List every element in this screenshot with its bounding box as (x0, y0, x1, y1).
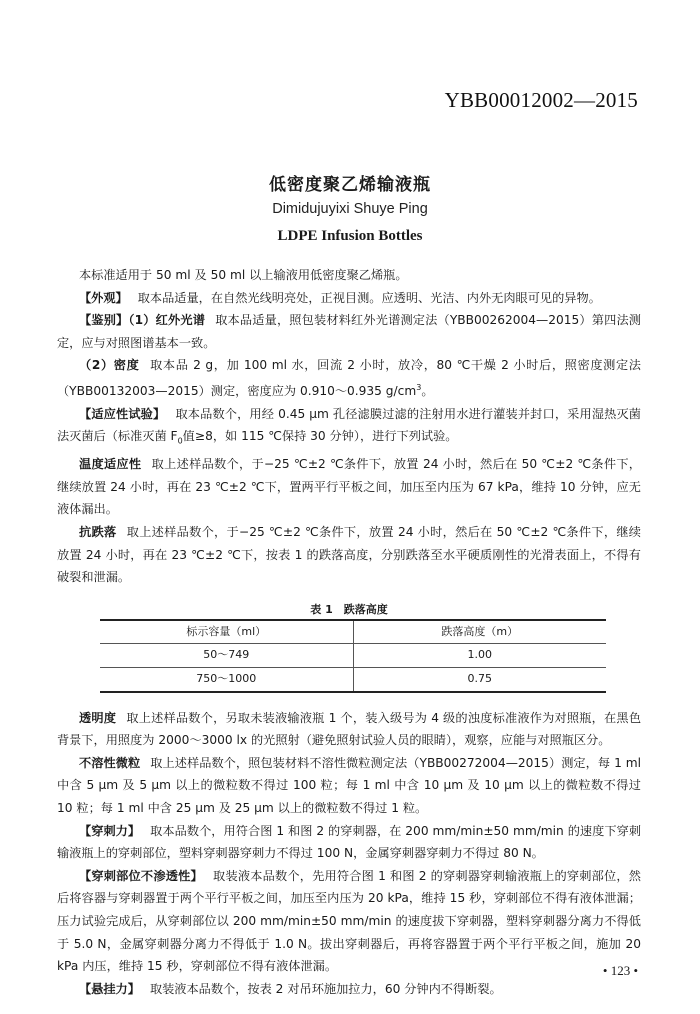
identification-paragraph: 【鉴别】（1）红外光谱取本品适量，照包装材料红外光谱测定法（YBB0026200… (57, 309, 641, 354)
hanging-label: 【悬挂力】 (79, 982, 140, 996)
title-block: 低密度聚乙烯输液瓶 Dimidujuyixi Shuye Ping LDPE I… (0, 170, 700, 245)
hanging-text: 取装液本品数个，按表 2 对吊环施加拉力，60 分钟内不得断裂。 (150, 982, 502, 996)
density-label: （2）密度 (79, 358, 139, 372)
table-cell-height: 1.00 (353, 644, 606, 668)
table-header-capacity: 标示容量（ml） (100, 620, 353, 644)
standard-code: YBB00012002—2015 (445, 88, 638, 113)
particles-label: 不溶性微粒 (79, 756, 140, 770)
density-end: 。 (421, 384, 433, 398)
table-row: 50～749 1.00 (100, 644, 606, 668)
transparency-text: 取上述样品数个，另取未装液输液瓶 1 个，装入级号为 4 级的浊度标准液作为对照… (57, 711, 641, 748)
transparency-paragraph: 透明度取上述样品数个，另取未装液输液瓶 1 个，装入级号为 4 级的浊度标准液作… (57, 707, 641, 752)
page-number: • 123 • (603, 963, 638, 979)
particles-paragraph: 不溶性微粒取上述样品数个，照包装材料不溶性微粒测定法（YBB00272004—2… (57, 752, 641, 820)
appearance-text: 取本品适量，在自然光线明亮处，正视目测。应透明、光洁、内外无肉眼可见的异物。 (138, 291, 601, 305)
adaptability-paragraph: 【适应性试验】取本品数个，用经 0.45 μm 孔径滤膜过滤的注射用水进行灌装并… (57, 403, 641, 454)
puncture-leak-label: 【穿刺部位不渗透性】 (79, 869, 203, 883)
document-body: 本标准适用于 50 ml 及 50 ml 以上输液用低密度聚乙烯瓶。 【外观】取… (57, 264, 641, 1000)
appearance-label: 【外观】 (79, 291, 128, 305)
intro-paragraph: 本标准适用于 50 ml 及 50 ml 以上输液用低密度聚乙烯瓶。 (57, 264, 641, 287)
drop-label: 抗跌落 (79, 525, 116, 539)
puncture-force-text: 取本品数个，用符合图 1 和图 2 的穿刺器，在 200 mm/min±50 m… (57, 824, 641, 861)
puncture-leak-text: 取装液本品数个，先用符合图 1 和图 2 的穿刺器穿刺输液瓶上的穿刺部位，然后将… (57, 869, 641, 973)
temperature-paragraph: 温度适应性取上述样品数个，于−25 ℃±2 ℃条件下，放置 24 小时，然后在 … (57, 453, 641, 521)
table-cell-capacity: 750～1000 (100, 668, 353, 692)
puncture-leak-paragraph: 【穿刺部位不渗透性】取装液本品数个，先用符合图 1 和图 2 的穿刺器穿刺输液瓶… (57, 865, 641, 978)
particles-text: 取上述样品数个，照包装材料不溶性微粒测定法（YBB00272004—2015）测… (57, 756, 641, 815)
adaptability-text-b: 值≥8，如 115 ℃保持 30 分钟），进行下列试验。 (183, 429, 458, 443)
table-cell-capacity: 50～749 (100, 644, 353, 668)
title-pinyin: Dimidujuyixi Shuye Ping (0, 201, 700, 223)
density-paragraph: （2）密度取本品 2 g，加 100 ml 水，回流 2 小时，放冷，80 ℃干… (57, 354, 641, 402)
density-text: 取本品 2 g，加 100 ml 水，回流 2 小时，放冷，80 ℃干燥 2 小… (57, 358, 641, 398)
identification-label: 【鉴别】 (79, 313, 128, 327)
puncture-force-paragraph: 【穿刺力】取本品数个，用符合图 1 和图 2 的穿刺器，在 200 mm/min… (57, 820, 641, 865)
table-cell-height: 0.75 (353, 668, 606, 692)
table-header-row: 标示容量（ml） 跌落高度（m） (100, 620, 606, 644)
table-row: 750～1000 0.75 (100, 668, 606, 692)
puncture-force-label: 【穿刺力】 (79, 824, 140, 838)
title-chinese: 低密度聚乙烯输液瓶 (0, 170, 700, 196)
appearance-paragraph: 【外观】取本品适量，在自然光线明亮处，正视目测。应透明、光洁、内外无肉眼可见的异… (57, 287, 641, 310)
table-header-height: 跌落高度（m） (353, 620, 606, 644)
ir-spectrum-label: （1）红外光谱 (128, 313, 205, 327)
title-english: LDPE Infusion Bottles (0, 228, 700, 245)
temperature-text: 取上述样品数个，于−25 ℃±2 ℃条件下，放置 24 小时，然后在 50 ℃±… (57, 457, 641, 516)
adaptability-label: 【适应性试验】 (79, 407, 165, 421)
drop-height-table: 标示容量（ml） 跌落高度（m） 50～749 1.00 750～1000 0.… (100, 619, 606, 693)
drop-text: 取上述样品数个，于−25 ℃±2 ℃条件下，放置 24 小时，然后在 50 ℃±… (57, 525, 641, 584)
temperature-label: 温度适应性 (79, 457, 141, 471)
drop-paragraph: 抗跌落取上述样品数个，于−25 ℃±2 ℃条件下，放置 24 小时，然后在 50… (57, 521, 641, 589)
transparency-label: 透明度 (79, 711, 116, 725)
hanging-paragraph: 【悬挂力】取装液本品数个，按表 2 对吊环施加拉力，60 分钟内不得断裂。 (57, 978, 641, 1001)
table-caption: 表 1 跌落高度 (57, 601, 641, 619)
